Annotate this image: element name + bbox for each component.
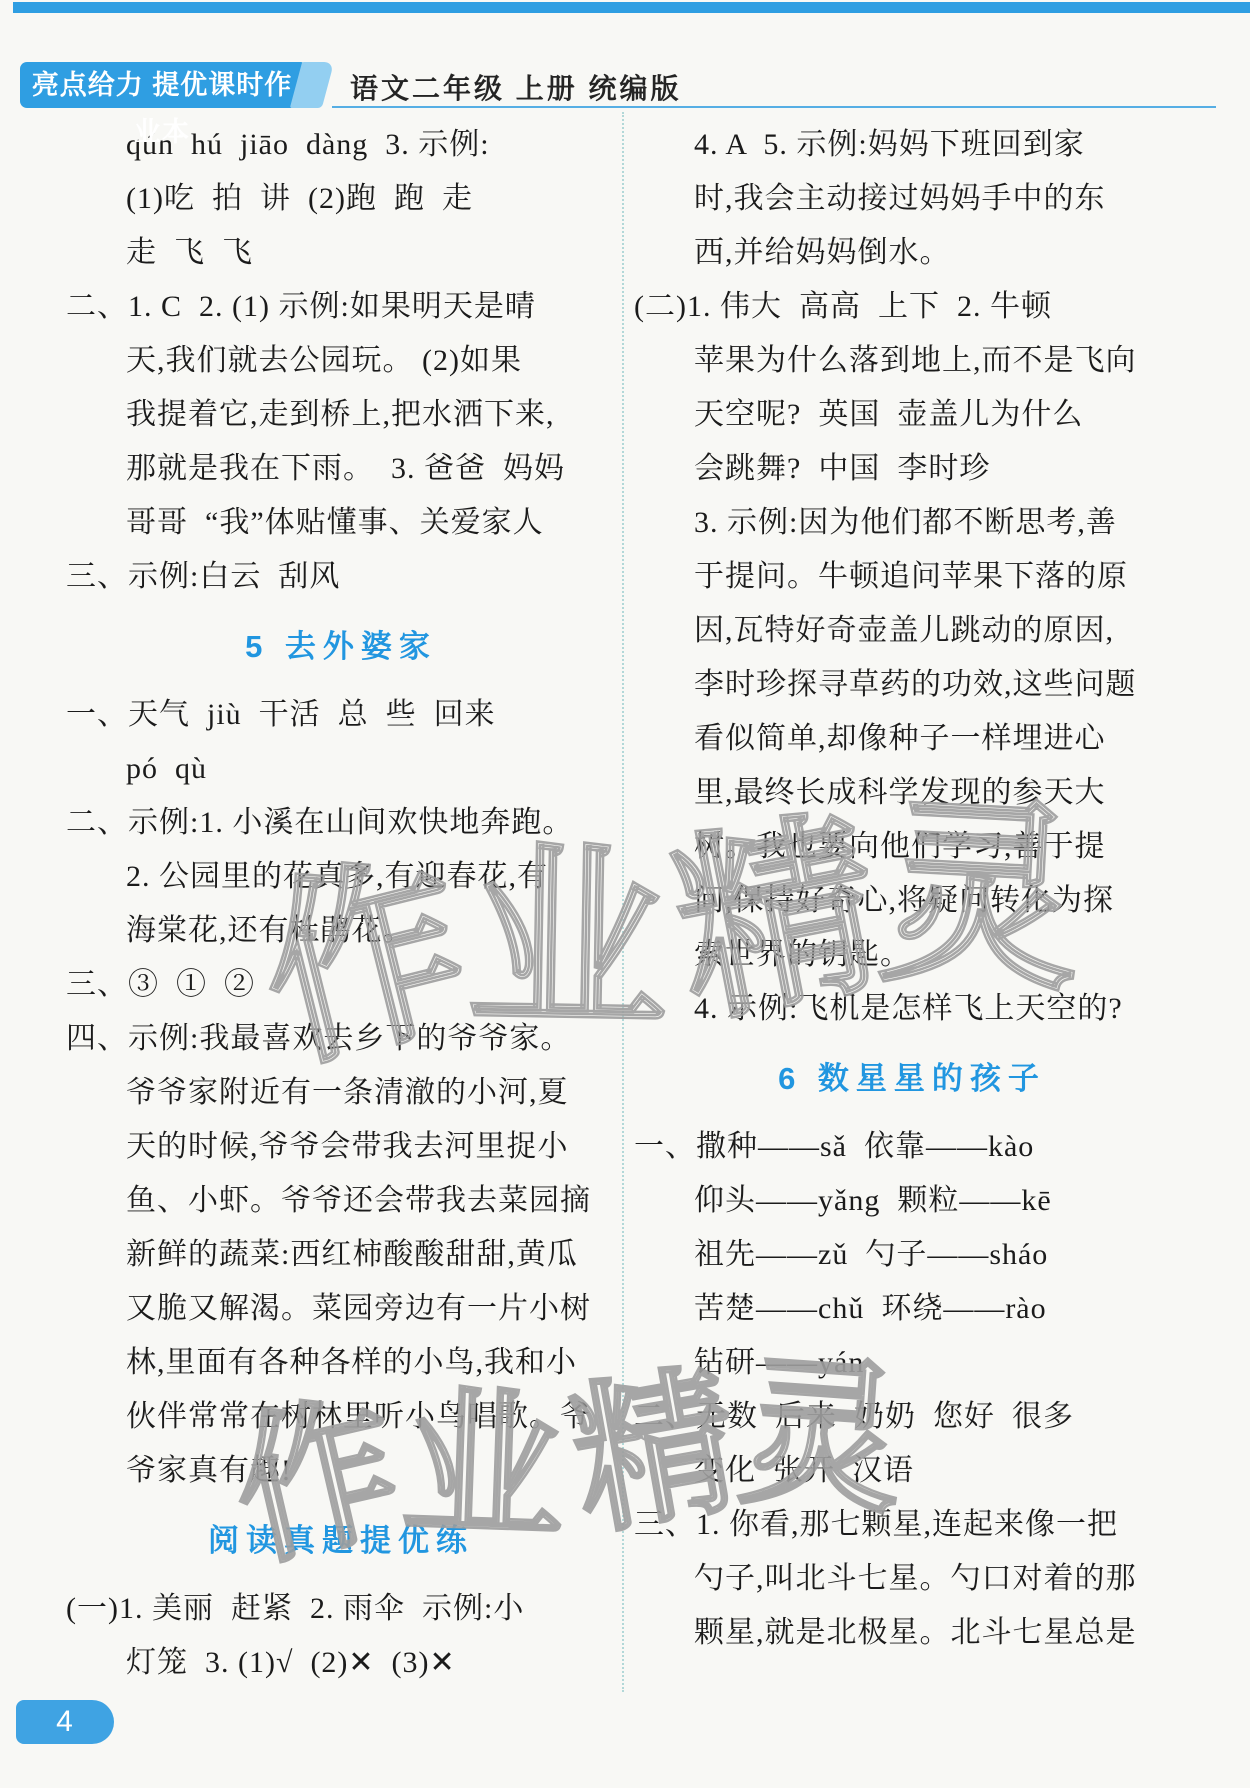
top-border-strip	[13, 2, 1250, 13]
answer-line: 天空呢? 英国 壶盖儿为什么	[634, 388, 1190, 442]
answer-line: 因,瓦特好奇壶盖儿跳动的原因,	[634, 604, 1190, 658]
answer-line: 那就是我在下雨。 3. 爸爸 妈妈	[66, 442, 616, 496]
answer-line: 颗星,就是北极星。北斗七星总是	[634, 1606, 1190, 1660]
header-rule	[332, 106, 1216, 108]
answer-line: 里,最终长成科学发现的参天大	[634, 766, 1190, 820]
answer-line: 仰头——yǎng 颗粒——kē	[634, 1174, 1190, 1228]
answer-line: 三、1. 你看,那七颗星,连起来像一把	[634, 1498, 1190, 1552]
answers-column-left: qún hú jiāo dàng 3. 示例:(1)吃 拍 讲 (2)跑 跑 走…	[66, 118, 616, 1690]
answer-line: 会跳舞? 中国 李时珍	[634, 442, 1190, 496]
answer-line: 5 去外婆家	[66, 604, 616, 688]
answer-line: 3. 示例:因为他们都不断思考,善	[634, 496, 1190, 550]
answer-line: 又脆又解渴。菜园旁边有一片小树	[66, 1282, 616, 1336]
answer-line: 走 飞 飞	[66, 226, 616, 280]
answer-line: 伙伴常常在树林里听小鸟唱歌。爷	[66, 1390, 616, 1444]
answer-line: 时,我会主动接过妈妈手中的东	[634, 172, 1190, 226]
answer-line: 4. A 5. 示例:妈妈下班回到家	[634, 118, 1190, 172]
column-divider	[622, 112, 624, 1692]
answer-line: (1)吃 拍 讲 (2)跑 跑 走	[66, 172, 616, 226]
answer-line: 二、1. C 2. (1) 示例:如果明天是晴	[66, 280, 616, 334]
answer-line: 问,保持好奇心,将疑问转化为探	[634, 874, 1190, 928]
answer-line: 勺子,叫北斗七星。勺口对着的那	[634, 1552, 1190, 1606]
answer-line: 一、天气 jiù 干活 总 些 回来	[66, 688, 616, 742]
answer-line: 天的时候,爷爷会带我去河里捉小	[66, 1120, 616, 1174]
answer-line: 西,并给妈妈倒水。	[634, 226, 1190, 280]
answer-line: 6 数星星的孩子	[634, 1036, 1190, 1120]
badge-flare-decoration	[290, 62, 334, 108]
answer-line: 苦楚——chǔ 环绕——rào	[634, 1282, 1190, 1336]
series-badge: 亮点给力 提优课时作业本	[20, 62, 304, 108]
page-number: 4	[56, 1705, 74, 1738]
answer-line: 2. 公园里的花真多,有迎春花,有	[66, 850, 616, 904]
answer-line: (二)1. 伟大 高高 上下 2. 牛顿	[634, 280, 1190, 334]
answer-line: 一、撒种——sǎ 依靠——kào	[634, 1120, 1190, 1174]
answer-line: 二、无数 后来 奶奶 您好 很多	[634, 1390, 1190, 1444]
answer-line: 新鲜的蔬菜:西红柿酸酸甜甜,黄瓜	[66, 1228, 616, 1282]
answer-line: 爷家真有趣!	[66, 1444, 616, 1498]
answer-line: 钻研——yán	[634, 1336, 1190, 1390]
answer-line: 索世界的钥匙。	[634, 928, 1190, 982]
answer-line: 于提问。牛顿追问苹果下落的原	[634, 550, 1190, 604]
answer-line: 看似简单,却像种子一样埋进心	[634, 712, 1190, 766]
answers-column-right: 4. A 5. 示例:妈妈下班回到家时,我会主动接过妈妈手中的东西,并给妈妈倒水…	[634, 118, 1190, 1660]
answer-line: 灯笼 3. (1)√ (2)✕ (3)✕	[66, 1636, 616, 1690]
answer-line: 我提着它,走到桥上,把水洒下来,	[66, 388, 616, 442]
answer-line: 天,我们就去公园玩。 (2)如果	[66, 334, 616, 388]
answer-line: 李时珍探寻草药的功效,这些问题	[634, 658, 1190, 712]
answer-line: 4. 示例:飞机是怎样飞上天空的?	[634, 982, 1190, 1036]
answer-line: 树。我也要向他们学习,善于提	[634, 820, 1190, 874]
answer-line: 三、③ ① ②	[66, 958, 616, 1012]
answer-line: (一)1. 美丽 赶紧 2. 雨伞 示例:小	[66, 1582, 616, 1636]
answer-line: 祖先——zǔ 勺子——sháo	[634, 1228, 1190, 1282]
answer-line: 四、示例:我最喜欢去乡下的爷爷家。	[66, 1012, 616, 1066]
answer-line: 海棠花,还有杜鹃花。	[66, 904, 616, 958]
answer-line: 阅读真题提优练	[66, 1498, 616, 1582]
answer-line: 鱼、小虾。爷爷还会带我去菜园摘	[66, 1174, 616, 1228]
answer-line: 爷爷家附近有一条清澈的小河,夏	[66, 1066, 616, 1120]
workbook-answer-page: 亮点给力 提优课时作业本 语文二年级 上册 统编版 qún hú jiāo dà…	[0, 0, 1250, 1788]
answer-line: 哥哥 “我”体贴懂事、关爱家人	[66, 496, 616, 550]
book-title: 语文二年级 上册 统编版	[350, 67, 682, 107]
answer-line: 三、示例:白云 刮风	[66, 550, 616, 604]
answer-line: 林,里面有各种各样的小鸟,我和小	[66, 1336, 616, 1390]
page-number-tab: 4	[16, 1700, 114, 1744]
answer-line: 二、示例:1. 小溪在山间欢快地奔跑。	[66, 796, 616, 850]
answer-line: 苹果为什么落到地上,而不是飞向	[634, 334, 1190, 388]
answer-line: pó qù	[66, 742, 616, 796]
answer-line: 变化 张开 汉语	[634, 1444, 1190, 1498]
